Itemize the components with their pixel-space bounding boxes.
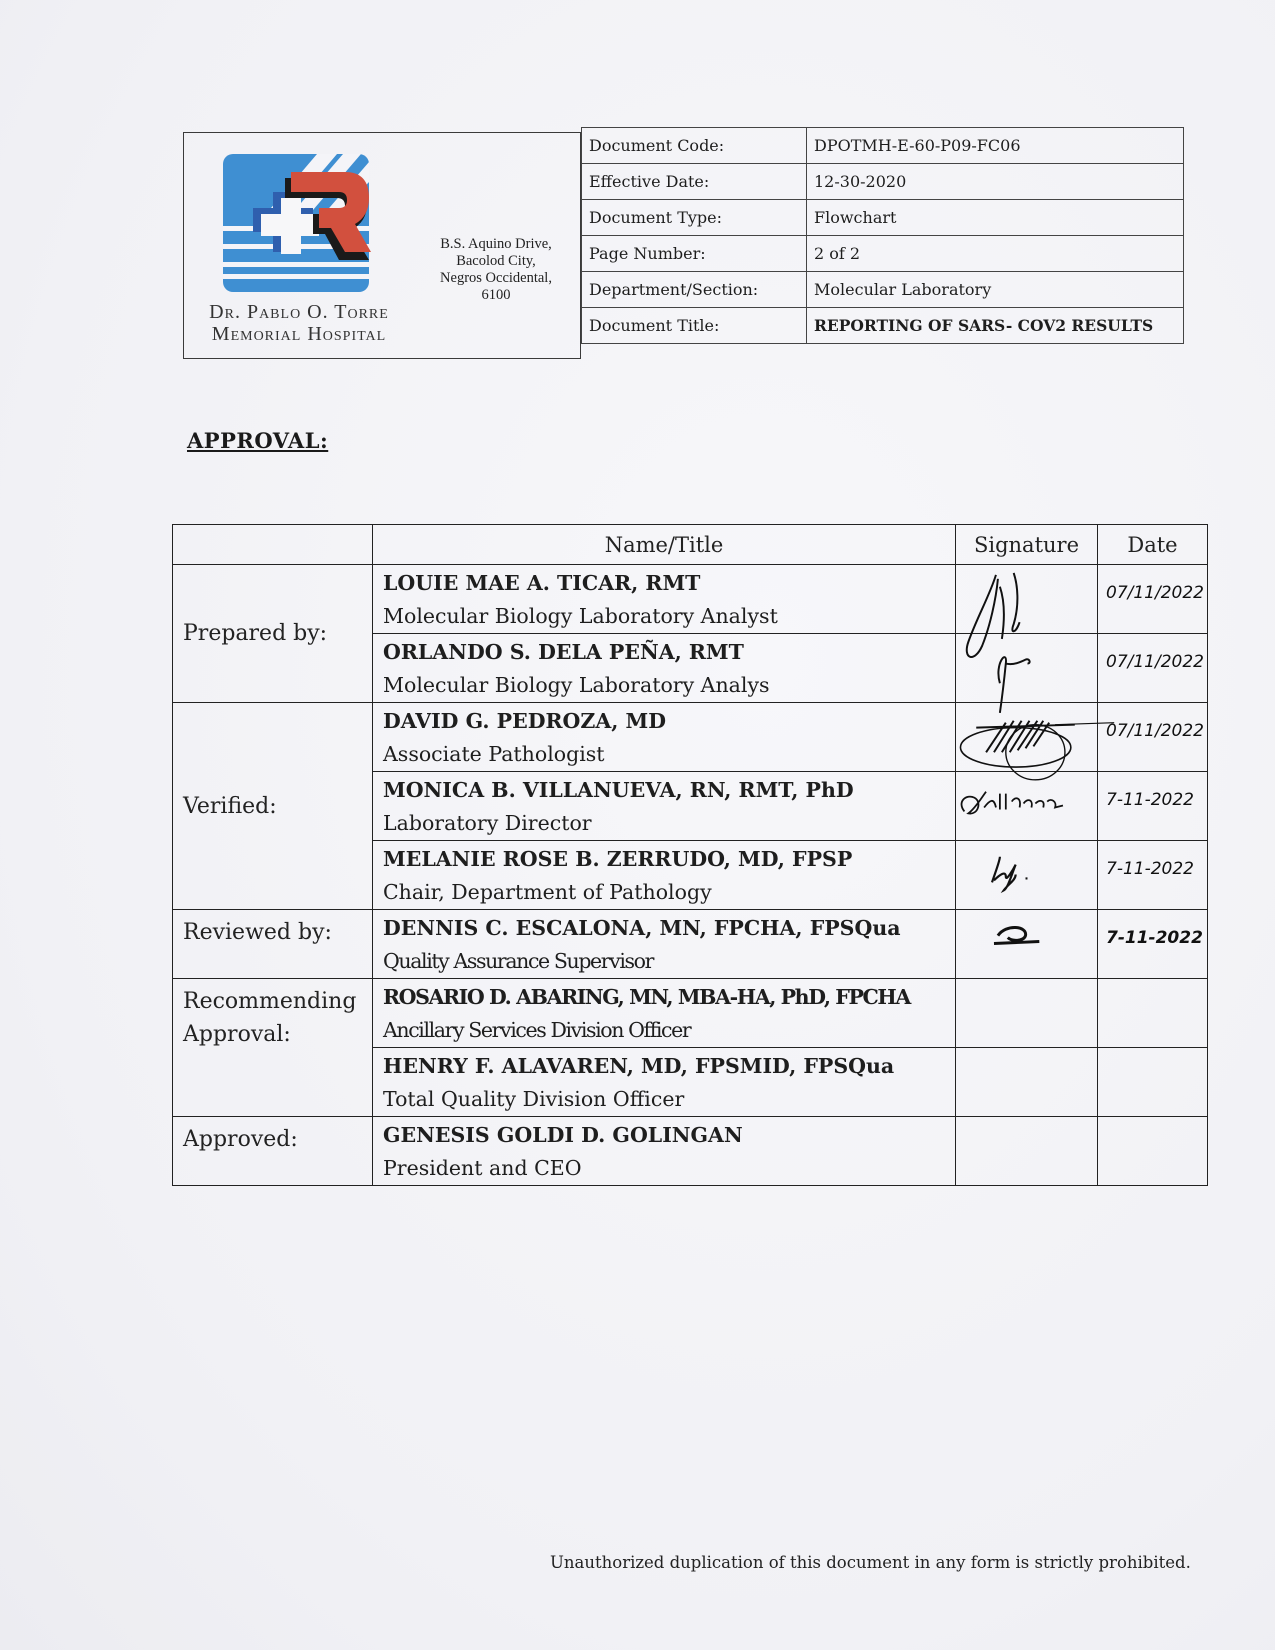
signed-date: 7-11-2022 (1106, 859, 1194, 879)
section-prepared-by: Prepared by: (173, 565, 373, 703)
signature-cell-empty (956, 1117, 1098, 1186)
hospital-logo-icon (221, 148, 373, 300)
person-cell: ORLANDO S. DELA PEÑA, RMT Molecular Biol… (373, 634, 956, 703)
person-name: ROSARIO D. ABARING, MN, MBA-HA, PhD, FPC… (383, 980, 955, 1014)
signature-icon (956, 565, 1097, 633)
effective-date-value: 12-30-2020 (807, 164, 1184, 200)
person-title: Chair, Department of Pathology (383, 876, 955, 908)
field-label: Page Number: (582, 236, 807, 272)
hospital-name: Dr. Pablo O. Torre Memorial Hospital (184, 301, 414, 345)
hospital-address: B.S. Aquino Drive, Bacolod City, Negros … (416, 236, 576, 304)
person-cell: ROSARIO D. ABARING, MN, MBA-HA, PhD, FPC… (373, 979, 956, 1048)
address-line: B.S. Aquino Drive, (416, 236, 576, 253)
person-title: Molecular Biology Laboratory Analys (383, 669, 955, 701)
date-cell: 7-11-2022 (1098, 841, 1208, 910)
document-type-row: Document Type: Flowchart (582, 200, 1184, 236)
signed-date: 07/11/2022 (1106, 721, 1204, 741)
signed-date: 7-11-2022 (1106, 790, 1194, 810)
person-name: LOUIE MAE A. TICAR, RMT (383, 566, 955, 600)
address-line: Bacolod City, (416, 253, 576, 270)
document-page: Dr. Pablo O. Torre Memorial Hospital B.S… (0, 0, 1275, 1650)
signature-cell (956, 703, 1098, 772)
field-label: Department/Section: (582, 272, 807, 308)
signature-cell (956, 841, 1098, 910)
person-cell: MELANIE ROSE B. ZERRUDO, MD, FPSP Chair,… (373, 841, 956, 910)
date-cell-empty (1098, 1048, 1208, 1117)
document-control-table: Document Code: DPOTMH-E-60-P09-FC06 Effe… (581, 127, 1184, 344)
date-cell-empty (1098, 979, 1208, 1048)
footer-notice: Unauthorized duplication of this documen… (550, 1553, 1191, 1572)
signature-cell (956, 565, 1098, 634)
date-cell: 07/11/2022 (1098, 634, 1208, 703)
section-recommending-approval: Recommending Approval: (173, 979, 373, 1117)
field-label: Effective Date: (582, 164, 807, 200)
signature-icon (956, 703, 1097, 771)
section-reviewed-by: Reviewed by: (173, 910, 373, 979)
person-name: MONICA B. VILLANUEVA, RN, RMT, PhD (383, 773, 955, 807)
approval-table-header: Name/Title Signature Date (173, 525, 1208, 565)
effective-date-row: Effective Date: 12-30-2020 (582, 164, 1184, 200)
person-title: Total Quality Division Officer (383, 1083, 955, 1115)
approval-heading: APPROVAL: (187, 428, 328, 453)
date-cell: 7-11-2022 (1098, 910, 1208, 979)
person-name: DENNIS C. ESCALONA, MN, FPCHA, FPSQua (383, 911, 955, 945)
signature-cell-empty (956, 1048, 1098, 1117)
person-name: MELANIE ROSE B. ZERRUDO, MD, FPSP (383, 842, 955, 876)
table-row: Verified: DAVID G. PEDROZA, MD Associate… (173, 703, 1208, 772)
doc-code-row: Document Code: DPOTMH-E-60-P09-FC06 (582, 128, 1184, 164)
date-cell: 07/11/2022 (1098, 565, 1208, 634)
table-row: Prepared by: LOUIE MAE A. TICAR, RMT Mol… (173, 565, 1208, 634)
department-value: Molecular Laboratory (807, 272, 1184, 308)
person-cell: MONICA B. VILLANUEVA, RN, RMT, PhD Labor… (373, 772, 956, 841)
person-title: Laboratory Director (383, 807, 955, 839)
date-cell: 7-11-2022 (1098, 772, 1208, 841)
section-label-text: Approved: (183, 1127, 298, 1152)
table-row: Reviewed by: DENNIS C. ESCALONA, MN, FPC… (173, 910, 1208, 979)
signature-cell (956, 634, 1098, 703)
department-row: Department/Section: Molecular Laboratory (582, 272, 1184, 308)
hospital-name-line2: Memorial Hospital (184, 323, 414, 345)
person-title: Molecular Biology Laboratory Analyst (383, 600, 955, 632)
document-code-value: DPOTMH-E-60-P09-FC06 (807, 128, 1184, 164)
column-header-date: Date (1098, 525, 1208, 565)
document-type-value: Flowchart (807, 200, 1184, 236)
signature-icon (956, 841, 1097, 909)
page-number-row: Page Number: 2 of 2 (582, 236, 1184, 272)
section-verified: Verified: (173, 703, 373, 910)
section-label-line: Recommending (183, 985, 372, 1018)
address-line: Negros Occidental, (416, 270, 576, 287)
signature-icon (956, 634, 1097, 702)
date-cell-empty (1098, 1117, 1208, 1186)
person-cell: GENESIS GOLDI D. GOLINGAN President and … (373, 1117, 956, 1186)
field-label: Document Title: (582, 308, 807, 344)
address-line: 6100 (416, 287, 576, 304)
person-cell: HENRY F. ALAVAREN, MD, FPSMID, FPSQua To… (373, 1048, 956, 1117)
signed-date: 07/11/2022 (1106, 583, 1204, 603)
signature-cell-empty (956, 979, 1098, 1048)
table-row: Approved: GENESIS GOLDI D. GOLINGAN Pres… (173, 1117, 1208, 1186)
signature-icon (956, 910, 1097, 978)
signed-date: 7-11-2022 (1106, 928, 1203, 948)
person-title: Associate Pathologist (383, 738, 955, 770)
column-header-blank (173, 525, 373, 565)
person-cell: DENNIS C. ESCALONA, MN, FPCHA, FPSQua Qu… (373, 910, 956, 979)
signature-icon (956, 772, 1097, 840)
person-name: ORLANDO S. DELA PEÑA, RMT (383, 635, 955, 669)
person-title: President and CEO (383, 1152, 955, 1184)
person-title: Quality Assurance Supervisor (383, 945, 955, 977)
document-header: Dr. Pablo O. Torre Memorial Hospital B.S… (183, 127, 1183, 360)
person-title: Ancillary Services Division Officer (383, 1014, 955, 1046)
signature-cell (956, 910, 1098, 979)
person-cell: LOUIE MAE A. TICAR, RMT Molecular Biolog… (373, 565, 956, 634)
hospital-identity-box: Dr. Pablo O. Torre Memorial Hospital B.S… (183, 132, 581, 359)
field-label: Document Code: (582, 128, 807, 164)
document-title-value: REPORTING OF SARS- COV2 RESULTS (807, 308, 1184, 344)
signature-cell (956, 772, 1098, 841)
person-name: DAVID G. PEDROZA, MD (383, 704, 955, 738)
signed-date: 07/11/2022 (1106, 652, 1204, 672)
section-approved: Approved: (173, 1117, 373, 1186)
table-row: Recommending Approval: ROSARIO D. ABARIN… (173, 979, 1208, 1048)
page-number-value: 2 of 2 (807, 236, 1184, 272)
person-cell: DAVID G. PEDROZA, MD Associate Pathologi… (373, 703, 956, 772)
field-label: Document Type: (582, 200, 807, 236)
date-cell: 07/11/2022 (1098, 703, 1208, 772)
section-label-line: Approval: (183, 1018, 372, 1051)
person-name: GENESIS GOLDI D. GOLINGAN (383, 1118, 955, 1152)
section-label-text: Reviewed by: (183, 920, 332, 945)
column-header-name-title: Name/Title (373, 525, 956, 565)
column-header-signature: Signature (956, 525, 1098, 565)
hospital-name-line1: Dr. Pablo O. Torre (184, 301, 414, 323)
approval-table: Name/Title Signature Date Prepared by: L… (172, 524, 1208, 1186)
document-title-row: Document Title: REPORTING OF SARS- COV2 … (582, 308, 1184, 344)
person-name: HENRY F. ALAVAREN, MD, FPSMID, FPSQua (383, 1049, 955, 1083)
